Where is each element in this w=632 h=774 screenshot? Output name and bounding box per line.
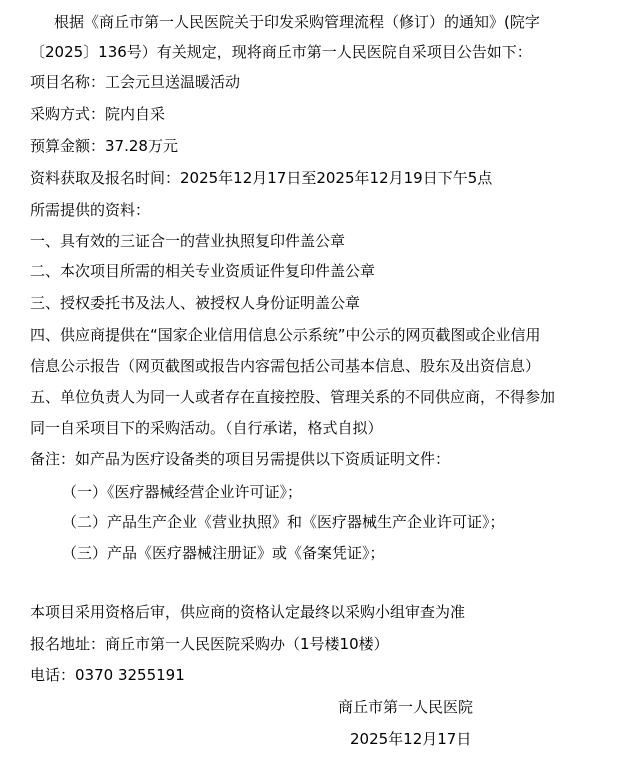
note-heading: 备注：如产品为医疗设备类的项目另需提供以下资质证明文件： bbox=[30, 449, 450, 469]
registration-time: 资料获取及报名时间：2025年12月17日至2025年12月19日下午5点 bbox=[30, 168, 492, 188]
material-item-2: 二、本次项目所需的相关专业资质证件复印件盖公章 bbox=[30, 261, 375, 281]
material-item-1: 一、具有效的三证合一的营业执照复印件盖公章 bbox=[30, 231, 345, 251]
contact-phone: 电话：0370 3255191 bbox=[30, 665, 185, 685]
material-item-5-cont: 同一自采项目下的采购活动。（自行承诺，格式自拟） bbox=[30, 418, 383, 438]
material-item-4-cont: 信息公示报告（网页截图或报告内容需包括公司基本信息、股东及出资信息） bbox=[30, 356, 540, 376]
signature-date: 2025年12月17日 bbox=[350, 729, 471, 749]
note-item-1: （一）《医疗器械经营企业许可证》； bbox=[62, 482, 302, 502]
intro-line-2: 〔2025〕136号）有关规定，现将商丘市第一人民医院自采项目公告如下： bbox=[30, 42, 532, 62]
budget-amount: 预算金额：37.28万元 bbox=[30, 136, 178, 156]
signature-org: 商丘市第一人民医院 bbox=[338, 697, 473, 717]
project-name: 项目名称：工会元旦送温暖活动 bbox=[30, 72, 240, 92]
procurement-method: 采购方式：院内自采 bbox=[30, 104, 165, 124]
material-item-5: 五、单位负责人为同一人或者存在直接控股、管理关系的不同供应商，不得参加 bbox=[30, 387, 555, 407]
intro-line-1: 根据《商丘市第一人民医院关于印发采购管理流程（修订）的通知》(院字 bbox=[54, 12, 540, 32]
registration-address: 报名地址：商丘市第一人民医院采购办（1号楼10楼） bbox=[30, 634, 389, 654]
note-item-2: （二）产品生产企业《营业执照》和《医疗器械生产企业许可证》； bbox=[62, 512, 505, 532]
review-statement: 本项目采用资格后审，供应商的资格认定最终以采购小组审查为准 bbox=[30, 602, 465, 622]
materials-heading: 所需提供的资料： bbox=[30, 200, 150, 220]
material-item-4: 四、供应商提供在“国家企业信用信息公示系统”中公示的网页截图或企业信用 bbox=[30, 325, 541, 345]
material-item-3: 三、授权委托书及法人、被授权人身份证明盖公章 bbox=[30, 293, 360, 313]
note-item-3: （三）产品《医疗器械注册证》或《备案凭证》； bbox=[62, 543, 385, 563]
